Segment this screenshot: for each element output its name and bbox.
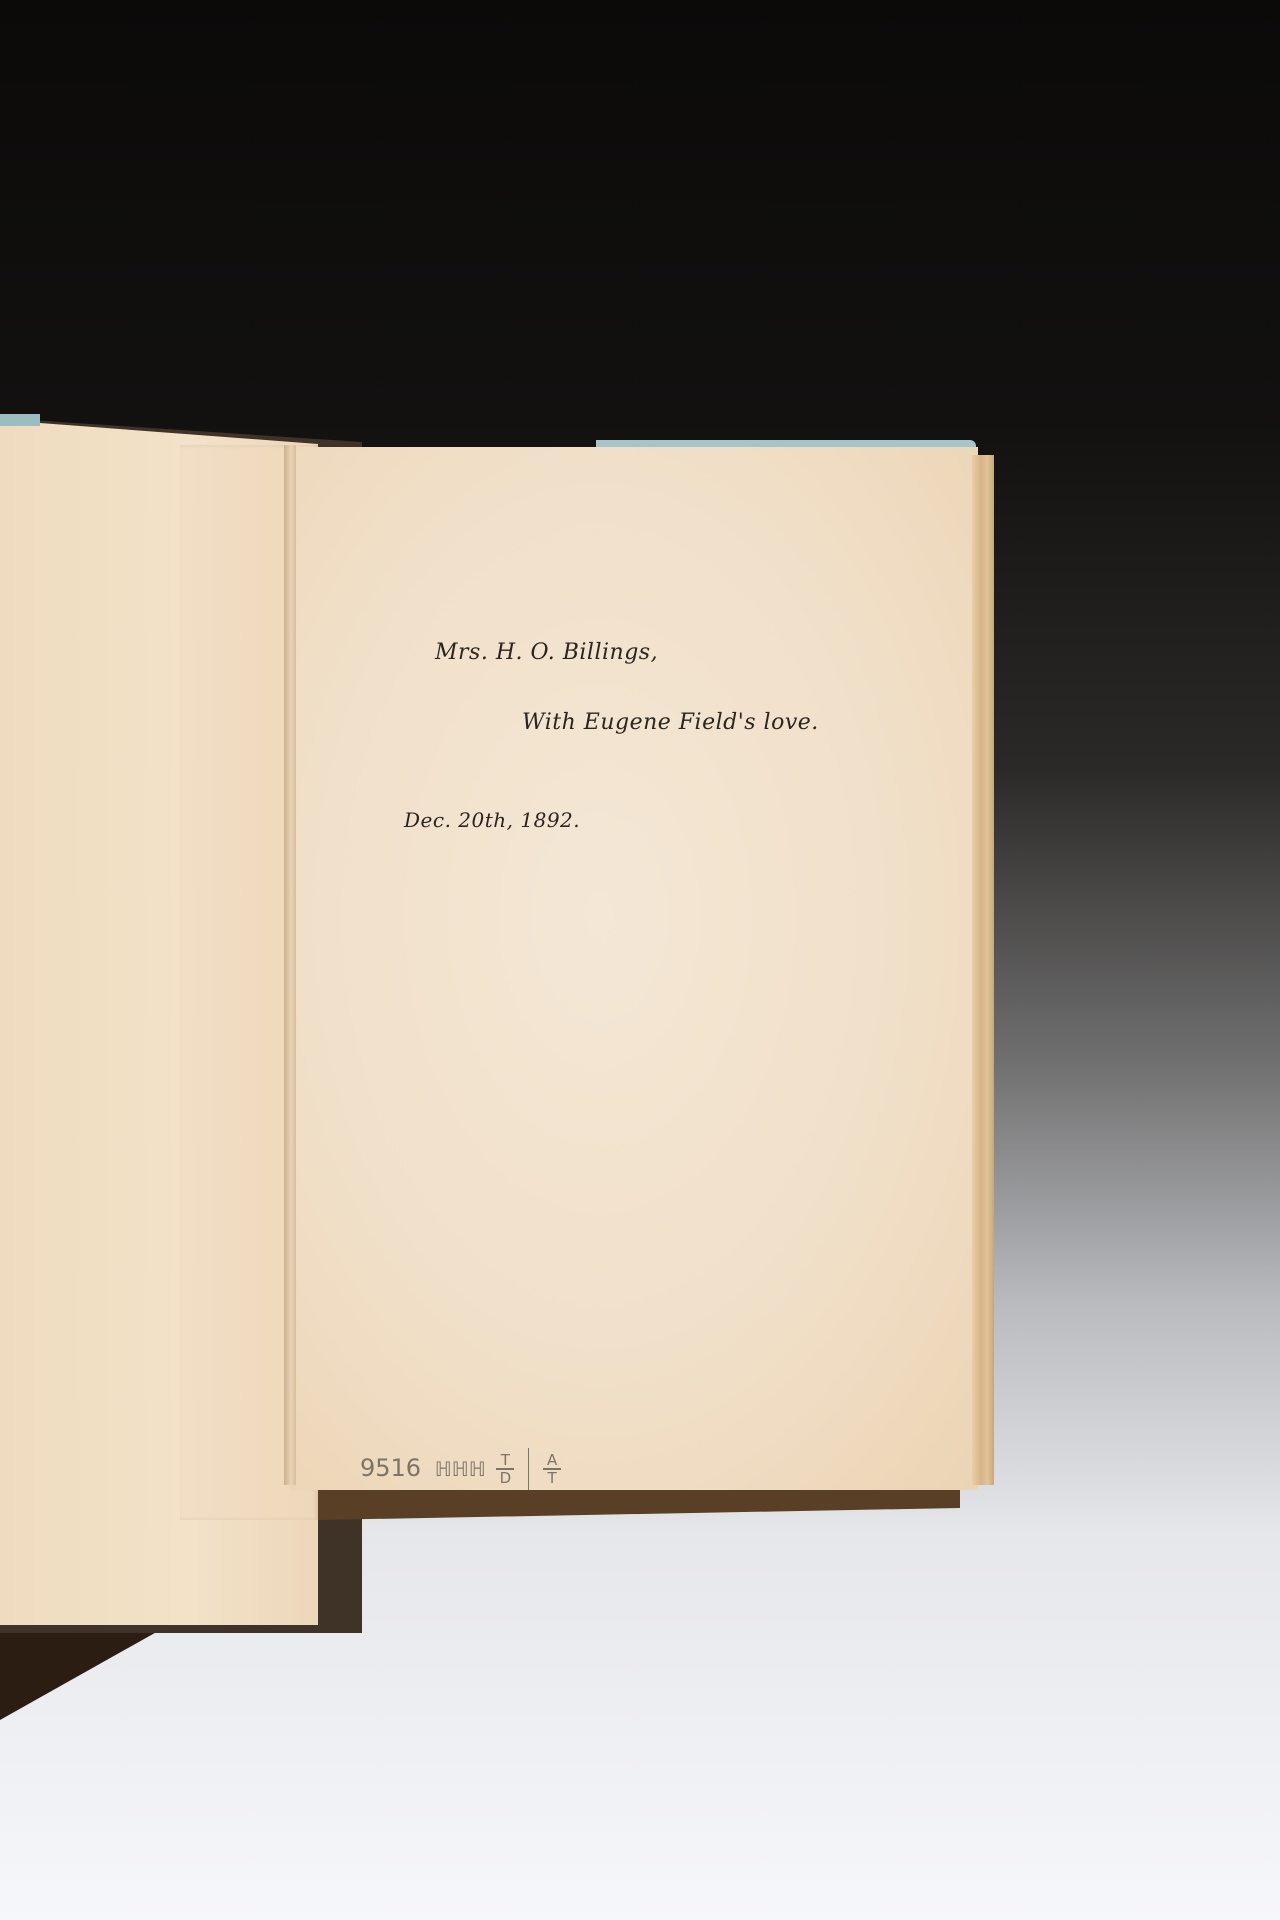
fraction-2-top: A: [547, 1453, 557, 1467]
fraction-1-bottom: D: [500, 1471, 512, 1485]
fraction-1-top: T: [501, 1453, 510, 1467]
pencil-number: 9516: [360, 1454, 421, 1482]
pencil-mark: ℍℍℍ: [435, 1457, 486, 1481]
book-photo: Mrs. H. O. Billings, With Eugene Field's…: [0, 0, 1280, 1920]
left-cloth-edge: [0, 414, 40, 426]
inscription-recipient: Mrs. H. O. Billings,: [435, 640, 658, 665]
book-gutter: [284, 445, 296, 1485]
pencil-fraction-1: T D: [496, 1453, 514, 1485]
pencil-bookseller-note: 9516 ℍℍℍ T D A T: [360, 1448, 564, 1490]
right-endpaper: [290, 447, 978, 1490]
pencil-divider: [528, 1448, 530, 1490]
inscription-message: With Eugene Field's love.: [522, 710, 819, 735]
fore-edge: [972, 455, 994, 1485]
pencil-fraction-2: A T: [543, 1453, 561, 1485]
right-page-shadow: [318, 1490, 960, 1520]
inscription-date: Dec. 20th, 1892.: [404, 808, 580, 832]
fraction-2-bottom: T: [548, 1471, 557, 1485]
